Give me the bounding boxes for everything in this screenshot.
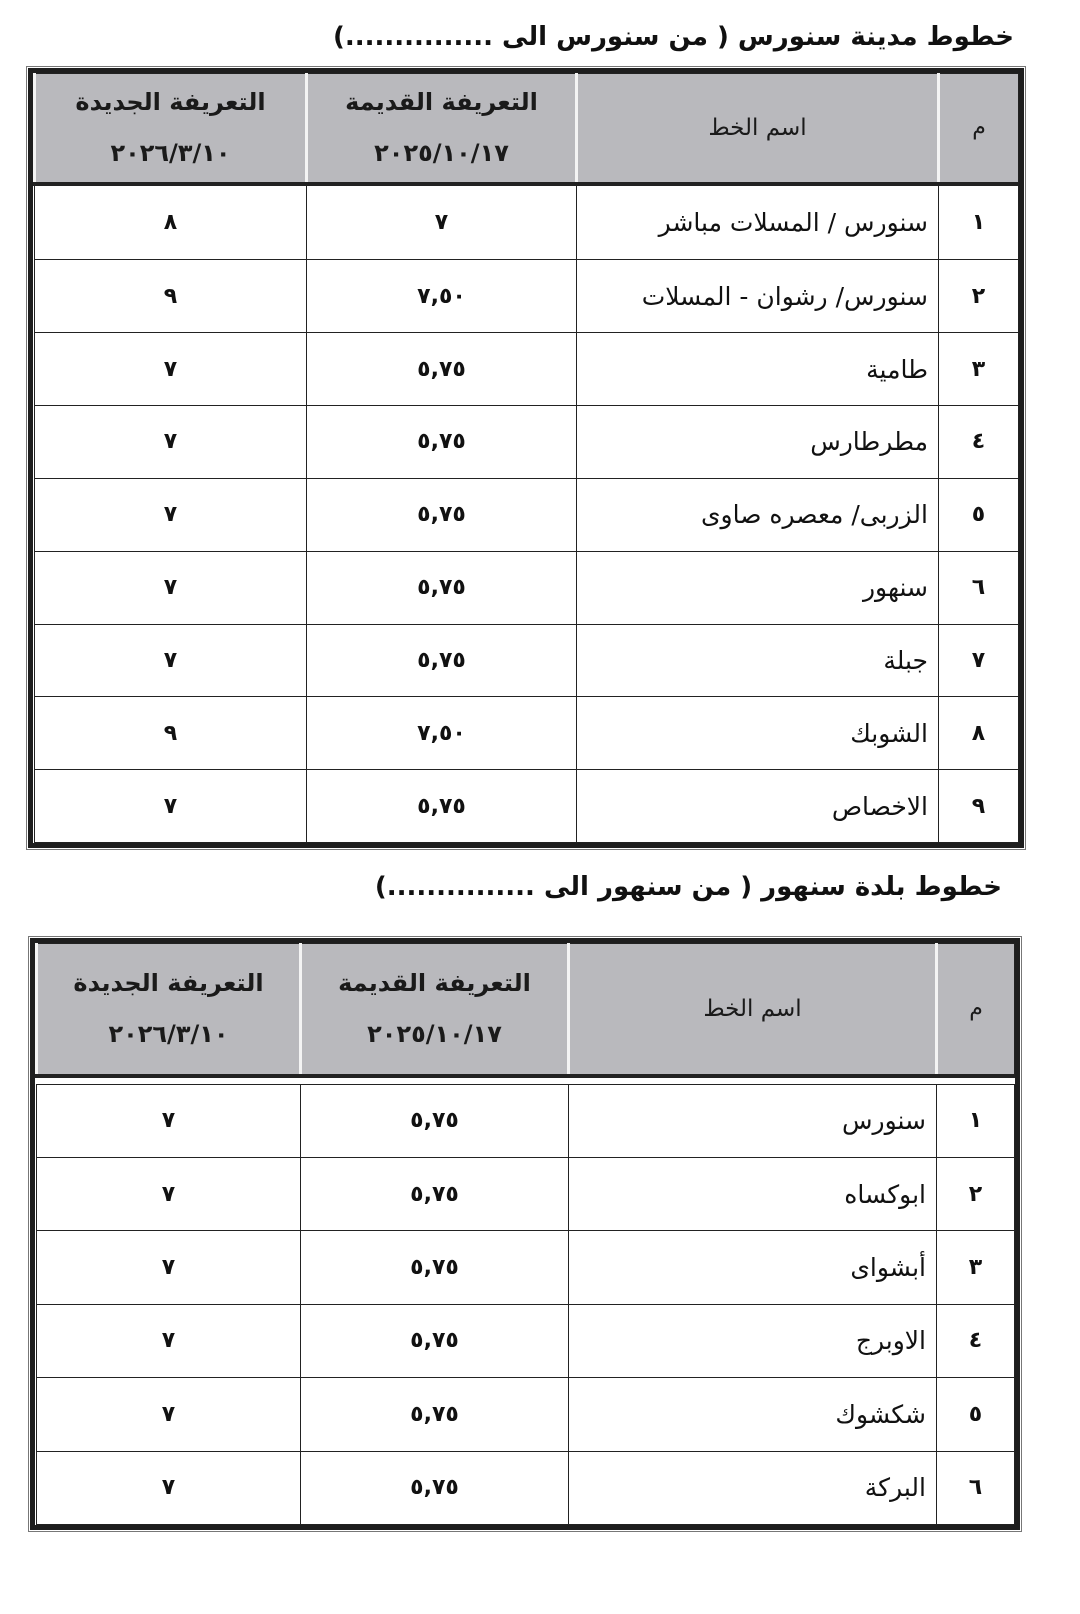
table-header-row: م اسم الخط التعريفة القديمة ٢٠٢٥/١٠/١٧ ا… <box>37 944 1015 1076</box>
table-row: ٦ سنهور ٥,٧٥ ٧ <box>35 551 1019 624</box>
row-new-tariff: ٧ <box>37 1451 301 1524</box>
row-line-name: الاخصاص <box>577 770 939 843</box>
row-old-tariff: ٥,٧٥ <box>301 1157 569 1230</box>
header-old-tariff-date: ٢٠٢٥/١٠/١٧ <box>302 1020 567 1049</box>
row-line-name: سنهور <box>577 551 939 624</box>
header-old-tariff-label: التعريفة القديمة <box>302 969 567 998</box>
row-index: ٣ <box>939 333 1019 406</box>
row-index: ١ <box>937 1084 1015 1157</box>
row-line-name: مطرطارس <box>577 406 939 479</box>
row-index: ٦ <box>937 1451 1015 1524</box>
row-line-name: طامية <box>577 333 939 406</box>
row-line-name: شكشوك <box>569 1378 937 1451</box>
row-new-tariff: ٧ <box>35 333 307 406</box>
row-old-tariff: ٥,٧٥ <box>301 1451 569 1524</box>
spacer-cell <box>37 1076 1015 1085</box>
row-line-name: سنورس/ رشوان - المسلات <box>577 260 939 333</box>
row-line-name: جبلة <box>577 624 939 697</box>
header-spacer <box>37 1076 1015 1085</box>
table-row: ٢ سنورس/ رشوان - المسلات ٧,٥٠ ٩ <box>35 260 1019 333</box>
row-old-tariff: ٥,٧٥ <box>307 770 577 843</box>
row-new-tariff: ٧ <box>35 406 307 479</box>
row-old-tariff: ٥,٧٥ <box>301 1231 569 1304</box>
table-row: ٩ الاخصاص ٥,٧٥ ٧ <box>35 770 1019 843</box>
header-index: م <box>939 74 1019 184</box>
tariff-table-sinnuris: م اسم الخط التعريفة القديمة ٢٠٢٥/١٠/١٧ ا… <box>33 73 1019 843</box>
row-index: ٢ <box>939 260 1019 333</box>
row-line-name: سنورس / المسلات مباشر <box>577 184 939 260</box>
table-row: ٥ الزربى/ معصره صاوى ٥,٧٥ ٧ <box>35 478 1019 551</box>
row-index: ٢ <box>937 1157 1015 1230</box>
row-index: ٤ <box>937 1304 1015 1377</box>
row-line-name: أبشواى <box>569 1231 937 1304</box>
header-old-tariff: التعريفة القديمة ٢٠٢٥/١٠/١٧ <box>301 944 569 1076</box>
row-old-tariff: ٧,٥٠ <box>307 697 577 770</box>
table-row: ٢ ابوكساه ٥,٧٥ ٧ <box>37 1157 1015 1230</box>
row-index: ٥ <box>939 478 1019 551</box>
row-new-tariff: ٧ <box>35 770 307 843</box>
row-line-name: الشوبك <box>577 697 939 770</box>
row-old-tariff: ٥,٧٥ <box>301 1304 569 1377</box>
header-new-tariff-date: ٢٠٢٦/٣/١٠ <box>38 1020 299 1049</box>
table-header-row: م اسم الخط التعريفة القديمة ٢٠٢٥/١٠/١٧ ا… <box>35 74 1019 184</box>
row-old-tariff: ٧,٥٠ <box>307 260 577 333</box>
table-row: ٥ شكشوك ٥,٧٥ ٧ <box>37 1378 1015 1451</box>
table-row: ١ سنورس ٥,٧٥ ٧ <box>37 1084 1015 1157</box>
table-row: ٦ البركة ٥,٧٥ ٧ <box>37 1451 1015 1524</box>
header-old-tariff-label: التعريفة القديمة <box>308 88 575 117</box>
row-index: ٦ <box>939 551 1019 624</box>
row-index: ٨ <box>939 697 1019 770</box>
row-line-name: سنورس <box>569 1084 937 1157</box>
row-new-tariff: ٧ <box>35 551 307 624</box>
row-old-tariff: ٥,٧٥ <box>307 333 577 406</box>
header-index: م <box>937 944 1015 1076</box>
row-old-tariff: ٥,٧٥ <box>307 624 577 697</box>
section-title-sinnuris: خطوط مدينة سنورس ( من سنورس الى ........… <box>333 22 1014 52</box>
row-line-name: ابوكساه <box>569 1157 937 1230</box>
table-row: ٣ أبشواى ٥,٧٥ ٧ <box>37 1231 1015 1304</box>
row-old-tariff: ٥,٧٥ <box>307 406 577 479</box>
row-new-tariff: ٨ <box>35 184 307 260</box>
row-new-tariff: ٧ <box>37 1084 301 1157</box>
table-row: ٣ طامية ٥,٧٥ ٧ <box>35 333 1019 406</box>
section-title-sinhur: خطوط بلدة سنهور ( من سنهور الى .........… <box>375 872 1002 902</box>
row-index: ٣ <box>937 1231 1015 1304</box>
row-index: ٤ <box>939 406 1019 479</box>
row-new-tariff: ٧ <box>37 1304 301 1377</box>
row-old-tariff: ٥,٧٥ <box>307 478 577 551</box>
tariff-table-sinnuris-frame: م اسم الخط التعريفة القديمة ٢٠٢٥/١٠/١٧ ا… <box>28 68 1024 848</box>
row-new-tariff: ٩ <box>35 260 307 333</box>
row-old-tariff: ٥,٧٥ <box>301 1084 569 1157</box>
header-new-tariff: التعريفة الجديدة ٢٠٢٦/٣/١٠ <box>37 944 301 1076</box>
table-row: ٤ مطرطارس ٥,٧٥ ٧ <box>35 406 1019 479</box>
row-index: ١ <box>939 184 1019 260</box>
header-new-tariff-date: ٢٠٢٦/٣/١٠ <box>36 139 305 168</box>
row-new-tariff: ٧ <box>37 1157 301 1230</box>
row-new-tariff: ٧ <box>35 478 307 551</box>
row-index: ٥ <box>937 1378 1015 1451</box>
row-old-tariff: ٥,٧٥ <box>301 1378 569 1451</box>
row-new-tariff: ٩ <box>35 697 307 770</box>
row-index: ٩ <box>939 770 1019 843</box>
header-line-name: اسم الخط <box>577 74 939 184</box>
header-new-tariff: التعريفة الجديدة ٢٠٢٦/٣/١٠ <box>35 74 307 184</box>
row-line-name: الاوبرج <box>569 1304 937 1377</box>
row-old-tariff: ٧ <box>307 184 577 260</box>
tariff-table-sinhur: م اسم الخط التعريفة القديمة ٢٠٢٥/١٠/١٧ ا… <box>35 943 1015 1525</box>
row-new-tariff: ٧ <box>37 1231 301 1304</box>
header-line-name: اسم الخط <box>569 944 937 1076</box>
row-new-tariff: ٧ <box>35 624 307 697</box>
header-new-tariff-label: التعريفة الجديدة <box>36 88 305 117</box>
row-new-tariff: ٧ <box>37 1378 301 1451</box>
header-old-tariff-date: ٢٠٢٥/١٠/١٧ <box>308 139 575 168</box>
header-new-tariff-label: التعريفة الجديدة <box>38 969 299 998</box>
row-line-name: الزربى/ معصره صاوى <box>577 478 939 551</box>
table-row: ٨ الشوبك ٧,٥٠ ٩ <box>35 697 1019 770</box>
table-row: ٧ جبلة ٥,٧٥ ٧ <box>35 624 1019 697</box>
row-line-name: البركة <box>569 1451 937 1524</box>
tariff-table-sinhur-frame: م اسم الخط التعريفة القديمة ٢٠٢٥/١٠/١٧ ا… <box>30 938 1020 1530</box>
table-row: ٤ الاوبرج ٥,٧٥ ٧ <box>37 1304 1015 1377</box>
row-old-tariff: ٥,٧٥ <box>307 551 577 624</box>
header-old-tariff: التعريفة القديمة ٢٠٢٥/١٠/١٧ <box>307 74 577 184</box>
table-row: ١ سنورس / المسلات مباشر ٧ ٨ <box>35 184 1019 260</box>
row-index: ٧ <box>939 624 1019 697</box>
